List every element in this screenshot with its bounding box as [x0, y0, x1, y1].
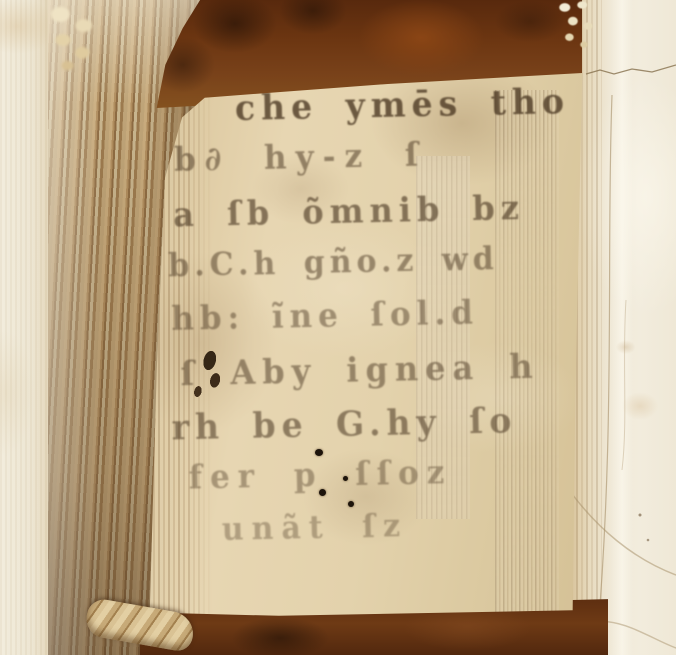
wormhole [315, 449, 323, 456]
headband-cord-fray [552, 0, 610, 62]
manuscript-parchment-fragment: che ymēs tho b∂ hy-z ſ a ſb õmnib bz b.C… [148, 68, 584, 618]
wormhole [343, 476, 348, 481]
sewing-cord-knot-top [38, 0, 112, 80]
manuscript-text-line: unãt ſz [221, 504, 562, 567]
wormhole [348, 501, 354, 507]
photograph-book-spine: che ymēs tho b∂ hy-z ſ a ſb õmnib bz b.C… [0, 0, 676, 655]
wormhole [319, 489, 326, 496]
